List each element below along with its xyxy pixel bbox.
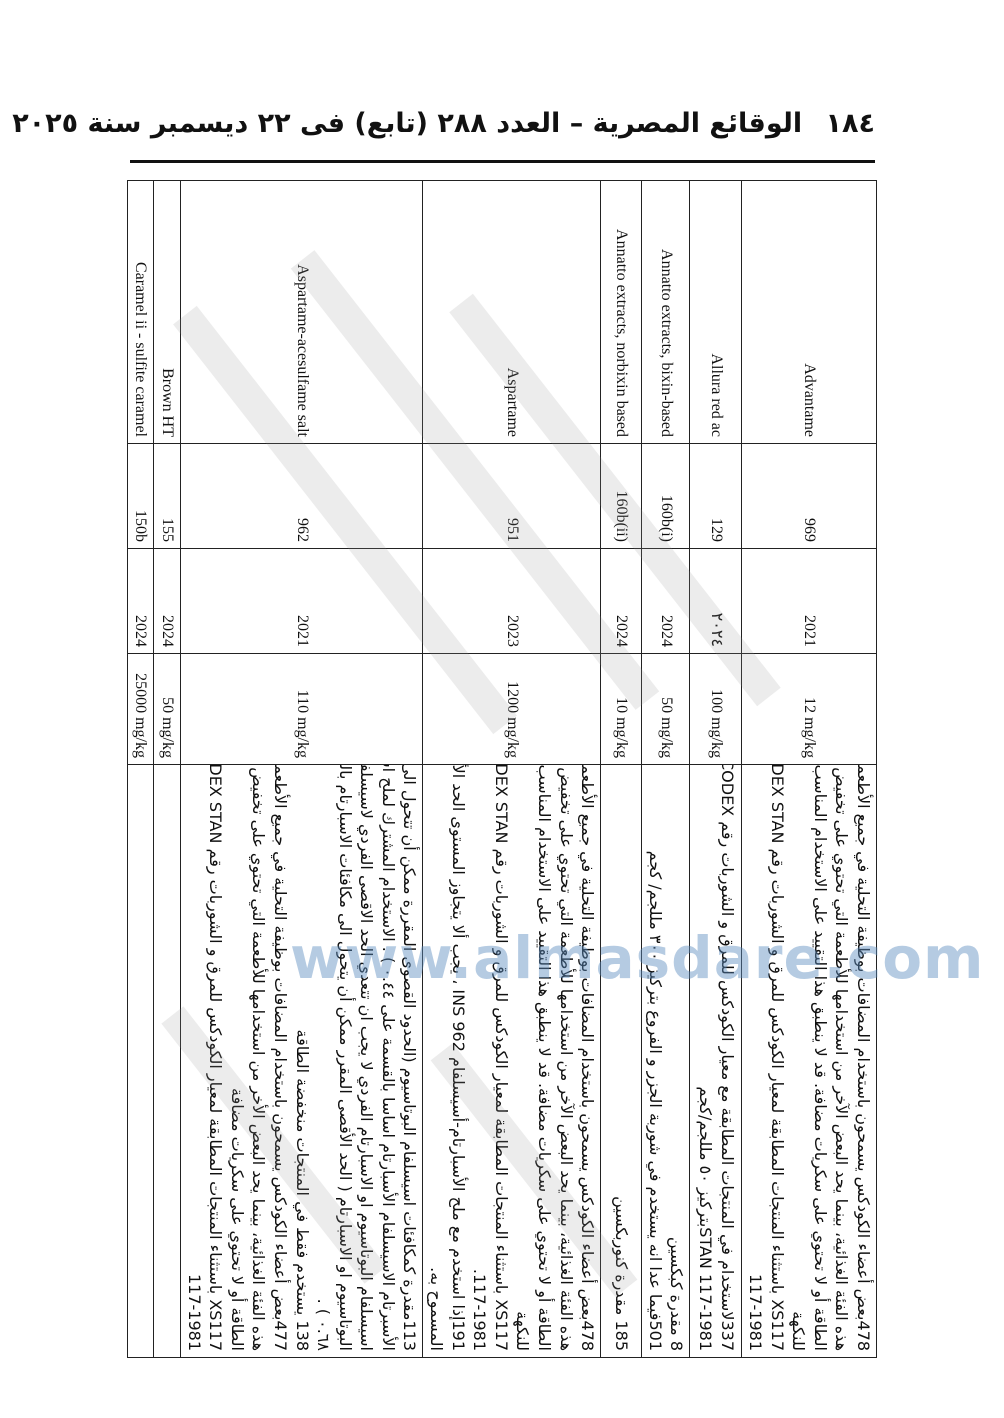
max-level-cell: 50 mg/kg — [642, 654, 690, 765]
ins-number-cell: 160b(ii) — [601, 444, 642, 549]
note-line: البوتاسيوم او الاسبارتام ( الحد الأقصى ا… — [334, 771, 356, 1351]
note-line: 113مقدرة كمكافئات اسيسلفام البوتاسيوم (ا… — [399, 771, 421, 1351]
note-line: 117-1981 — [183, 771, 205, 1351]
note-line: 8 مقدرة كبكسين — [666, 771, 688, 1351]
ins-number-cell: 969 — [742, 444, 877, 549]
note-line: 337لاستخدام في المنتجات المطابقة مع معيا… — [716, 771, 738, 1351]
note-line: XS117 باستثناء المنتجات المطابقة لمعيار … — [766, 771, 788, 1351]
ins-number-cell: 951 — [423, 444, 601, 549]
year-adopted-cell: 2024 — [601, 549, 642, 654]
note-line: XS117 باستثناء المنتجات المطابقة لمعيار … — [205, 771, 227, 1351]
additive-name-cell: Aspartame — [423, 181, 601, 444]
year-adopted-cell: 2021 — [180, 549, 423, 654]
note-line: STAN 117-1981بتركيز ٥٠ مللجم/كجم — [694, 771, 716, 1351]
note-line: 477بعض أعضاء الكودكس يسمحون باستخدام الم… — [269, 771, 291, 1351]
note-line: 478بعض أعضاء الكودكس يسمحون باستخدام الم… — [577, 771, 599, 1351]
notes-cell: 185 مقدرة كنوربكسين — [601, 765, 642, 1358]
additive-name-cell: Annatto extracts, bixin-based — [642, 181, 690, 444]
table-row: Advantame969202112 mg/kg478بعض أعضاء الك… — [742, 181, 877, 1358]
ins-number-cell: 160b(i) — [642, 444, 690, 549]
year-adopted-cell: 2024 — [127, 549, 154, 654]
table-row: Allura red ac129٢٠٢٤100 mg/kg337لاستخدام… — [690, 181, 742, 1358]
table-row: Caramel ii - sulfite caramel150b20242500… — [127, 181, 154, 1358]
notes-cell: 113مقدرة كمكافئات اسيسلفام البوتاسيوم (ا… — [180, 765, 423, 1358]
notes-cell: 478بعض أعضاء الكودكس يسمحون باستخدام الم… — [742, 765, 877, 1358]
additive-name-cell: Annatto extracts, norbixin based — [601, 181, 642, 444]
food-additives-table: Advantame969202112 mg/kg478بعض أعضاء الك… — [127, 180, 877, 1358]
max-level-cell: 110 mg/kg — [180, 654, 423, 765]
max-level-cell: 10 mg/kg — [601, 654, 642, 765]
ins-number-cell: 155 — [154, 444, 181, 549]
note-line: 185 مقدرة كنوربكسين — [610, 771, 632, 1351]
max-level-cell: 12 mg/kg — [742, 654, 877, 765]
additive-name-cell: Caramel ii - sulfite caramel — [127, 181, 154, 444]
note-line: 478بعض أعضاء الكودكس يسمحون باستخدام الم… — [852, 771, 874, 1351]
year-adopted-cell: 2023 — [423, 549, 601, 654]
additive-name-cell: Allura red ac — [690, 181, 742, 444]
note-line: هذه الفئة الغذائية، بينما يحد البعض الآخ… — [555, 771, 577, 1351]
notes-cell: 8 مقدرة كبكسين501فيما عدا انه يستخدم في … — [642, 765, 690, 1358]
max-level-cell: 1200 mg/kg — [423, 654, 601, 765]
note-line: هذه الفئة الغذائية، بينما يحد البعض الأخ… — [248, 771, 270, 1351]
table-row: Annatto extracts, bixin-based160b(i)2024… — [642, 181, 690, 1358]
year-adopted-cell: 2021 — [742, 549, 877, 654]
year-adopted-cell: ٢٠٢٤ — [690, 549, 742, 654]
note-line: الطاقة أو لا تحتوي على سكريات مضافة. قد … — [533, 771, 555, 1351]
note-line: 117-1981 — [744, 771, 766, 1351]
note-line: 501فيما عدا انه يستخدم في شوربة الجزر و … — [644, 771, 666, 1351]
header-rule — [130, 160, 875, 163]
note-line: للنكهة — [788, 771, 810, 1351]
table-row: Annatto extracts, norbixin based160b(ii)… — [601, 181, 642, 1358]
additive-name-cell: Aspartame-acesulfame salt — [180, 181, 423, 444]
note-line: الطاقة أو لا تحتوي على سكريات مضافة. قد … — [809, 771, 831, 1351]
note-line: 138 يستخدم فقط في المنتجات منخفضة الطاقة — [291, 771, 313, 1351]
notes-cell: 337لاستخدام في المنتجات المطابقة مع معيا… — [690, 765, 742, 1358]
table-row: Brown HT155202450 mg/kg — [154, 181, 181, 1358]
table-row: Aspartame-acesulfame salt9622021110 mg/k… — [180, 181, 423, 1358]
note-line: ٠.٦٨ ) . — [313, 771, 335, 1351]
ins-number-cell: 129 — [690, 444, 742, 549]
note-line: هذه الفئة الغذائية، بينما يحد البعض الآخ… — [831, 771, 853, 1351]
note-line: المسموح به. — [426, 771, 448, 1351]
note-line: الأسبرتام الاسيسلفام الأسبارتام اساسا با… — [377, 771, 399, 1351]
additives-table-container: Advantame969202112 mg/kg478بعض أعضاء الك… — [133, 180, 877, 1292]
year-adopted-cell: 2024 — [154, 549, 181, 654]
max-level-cell: 100 mg/kg — [690, 654, 742, 765]
note-line: الطاقة أو لا تحتوي على سكريات مضافة — [226, 771, 248, 1351]
max-level-cell: 50 mg/kg — [154, 654, 181, 765]
additive-name-cell: Brown HT — [154, 181, 181, 444]
ins-number-cell: 962 — [180, 444, 423, 549]
note-line: 117-1981. — [469, 771, 491, 1351]
max-level-cell: 25000 mg/kg — [127, 654, 154, 765]
notes-cell — [154, 765, 181, 1358]
ins-number-cell: 150b — [127, 444, 154, 549]
notes-cell — [127, 765, 154, 1358]
page-number: ١٨٤ — [826, 108, 875, 139]
note-line: للنكهة — [512, 771, 534, 1351]
year-adopted-cell: 2024 — [642, 549, 690, 654]
page-header: ١٨٤ الوقائع المصرية – العدد ٢٨٨ (تابع) ف… — [130, 108, 875, 148]
table-row: Aspartame95120231200 mg/kg478بعض أعضاء ا… — [423, 181, 601, 1358]
note-line: 191إذا استخدم مع ملح الأسبارتام-أسيسلفام… — [447, 771, 469, 1351]
note-line: XS117 باستثناء المنتجات المطابقة لمعيار … — [490, 771, 512, 1351]
notes-cell: 478بعض أعضاء الكودكس يسمحون باستخدام الم… — [423, 765, 601, 1358]
gazette-title: الوقائع المصرية – العدد ٢٨٨ (تابع) فى ٢٢… — [12, 108, 802, 139]
additive-name-cell: Advantame — [742, 181, 877, 444]
note-line: اسيسلفام البوتاسيوم او الاسبارتام الفردي… — [356, 771, 378, 1351]
